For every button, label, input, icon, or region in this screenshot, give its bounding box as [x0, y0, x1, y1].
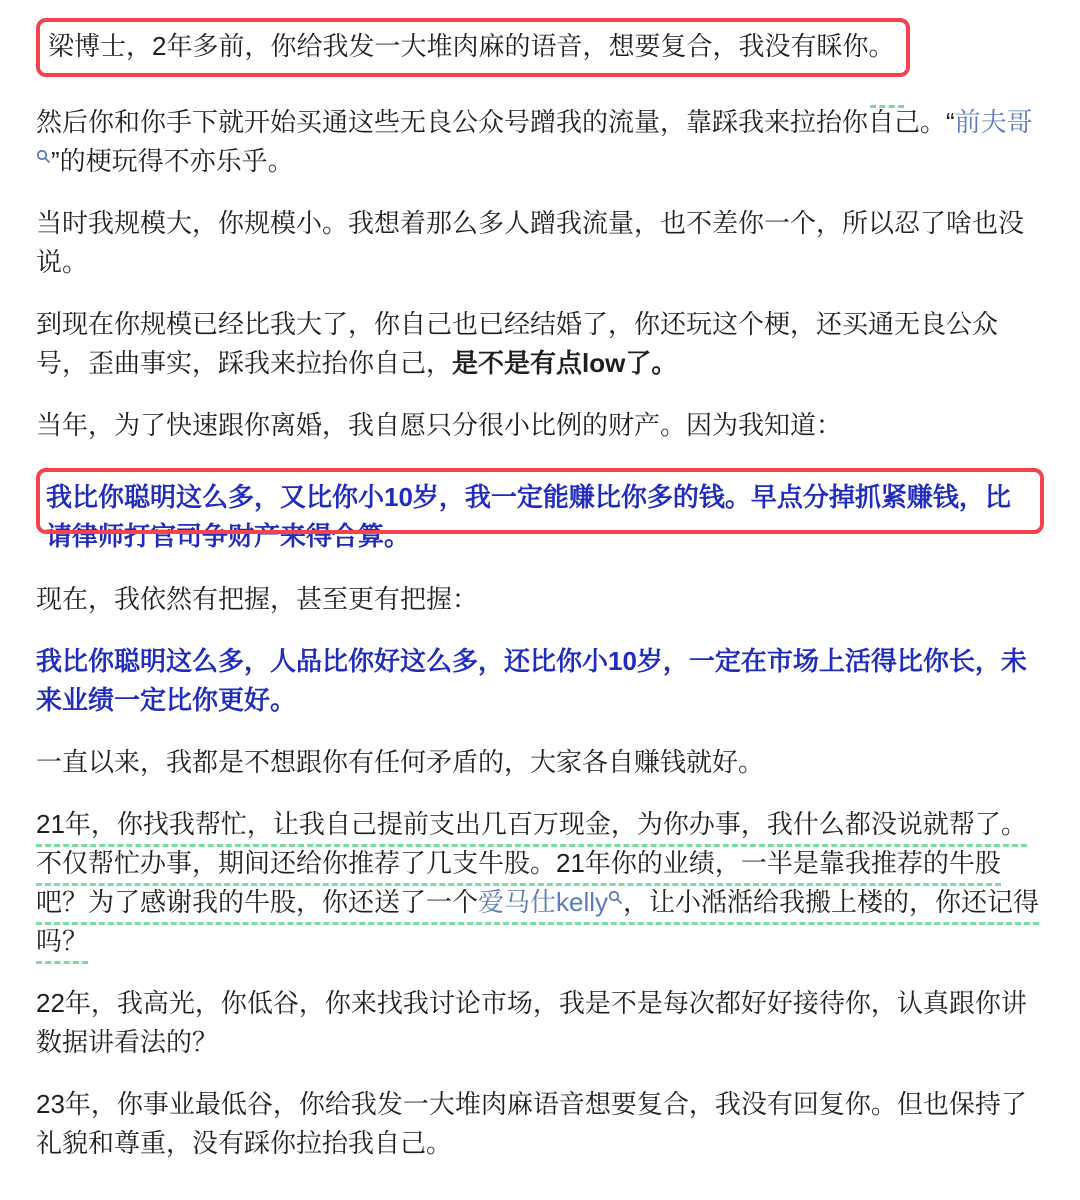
qianfuge-link[interactable]: 前夫哥: [955, 107, 1033, 137]
paragraph-10: 21年，你找我帮忙，让我自己提前支出几百万现金，为你办事，我什么都没说就帮了。不…: [36, 805, 1044, 961]
paragraph-text: 然后你和你手下就开始买通这些无良公众号蹭我的流量，靠踩我来拉抬你自己。“: [36, 107, 955, 137]
blue-emphasis-paragraph: 我比你聪明这么多，又比你小10岁，我一定能赚比你多的钱。早点分掉抓紧赚钱，比请律…: [46, 478, 1030, 556]
bold-emphasis-text: 是不是有点low了。: [452, 348, 677, 378]
paragraph-text: ”的梗玩得不亦乐乎。: [51, 146, 294, 176]
paragraph-text: 22年，我高光，你低谷，你来找我讨论市场，我是不是每次都好好接待你，认真跟你讲数…: [36, 988, 1027, 1057]
paragraph-2: 然后你和你手下就开始买通这些无良公众号蹭我的流量，靠踩我来拉抬你自己。“前夫哥”…: [36, 103, 1044, 181]
paragraph-text: 梁博士，2年多前，你给我发一大堆肉麻的语音，想要复合，我没有睬你。: [48, 31, 894, 61]
paragraph-text: 我比你聪明这么多，又比你小10岁，我一定能赚比你多的钱。早点分掉抓紧赚钱，比请律…: [46, 482, 1011, 551]
highlighted-paragraph-2: 我比你聪明这么多，又比你小10岁，我一定能赚比你多的钱。早点分掉抓紧赚钱，比请律…: [36, 468, 1044, 556]
paragraph-text: 当时我规模大，你规模小。我想着那么多人蹭我流量，也不差你一个，所以忍了啥也没说。: [36, 208, 1024, 277]
search-icon[interactable]: [608, 890, 623, 905]
paragraph-12: 23年，你事业最低谷，你给我发一大堆肉麻语音想要复合，我没有回复你。但也保持了礼…: [36, 1085, 1044, 1163]
paragraph-4: 到现在你规模已经比我大了，你自己也已经结婚了，你还玩这个梗，还买通无良公众号，歪…: [36, 305, 1044, 383]
paragraph-9: 一直以来，我都是不想跟你有任何矛盾的，大家各自赚钱就好。: [36, 743, 1044, 782]
paragraph-text: 一直以来，我都是不想跟你有任何矛盾的，大家各自赚钱就好。: [36, 747, 764, 777]
red-annotation-box-1: 梁博士，2年多前，你给我发一大堆肉麻的语音，想要复合，我没有睬你。: [36, 18, 910, 77]
green-dash-tail: [870, 105, 904, 108]
paragraph-3: 当时我规模大，你规模小。我想着那么多人蹭我流量，也不差你一个，所以忍了啥也没说。: [36, 204, 1044, 282]
article-body: 梁博士，2年多前，你给我发一大堆肉麻的语音，想要复合，我没有睬你。 然后你和你手…: [0, 0, 1080, 1163]
paragraph-text: 现在，我依然有把握，甚至更有把握：: [36, 584, 478, 614]
paragraph-11: 22年，我高光，你低谷，你来找我讨论市场，我是不是每次都好好接待你，认真跟你讲数…: [36, 984, 1044, 1062]
paragraph-text: 23年，你事业最低谷，你给我发一大堆肉麻语音想要复合，我没有回复你。但也保持了礼…: [36, 1089, 1027, 1158]
search-icon[interactable]: [36, 149, 51, 164]
paragraph-text: 当年，为了快速跟你离婚，我自愿只分很小比例的财产。因为我知道：: [36, 410, 842, 440]
green-underlined-text: 21年，你找我帮忙，让我自己提前支出几百万现金，为你办事，我什么都没说就帮了。不…: [36, 809, 1039, 964]
paragraph-8-blue: 我比你聪明这么多，人品比你好这么多，还比你小10岁，一定在市场上活得比你长，未来…: [36, 642, 1044, 720]
paragraph-5: 当年，为了快速跟你离婚，我自愿只分很小比例的财产。因为我知道：: [36, 406, 1044, 445]
highlighted-paragraph-1: 梁博士，2年多前，你给我发一大堆肉麻的语音，想要复合，我没有睬你。: [36, 18, 910, 103]
paragraph-7: 现在，我依然有把握，甚至更有把握：: [36, 580, 1044, 619]
hermes-kelly-link[interactable]: 爱马仕kelly: [478, 887, 608, 917]
paragraph-text: 我比你聪明这么多，人品比你好这么多，还比你小10岁，一定在市场上活得比你长，未来…: [36, 646, 1027, 715]
